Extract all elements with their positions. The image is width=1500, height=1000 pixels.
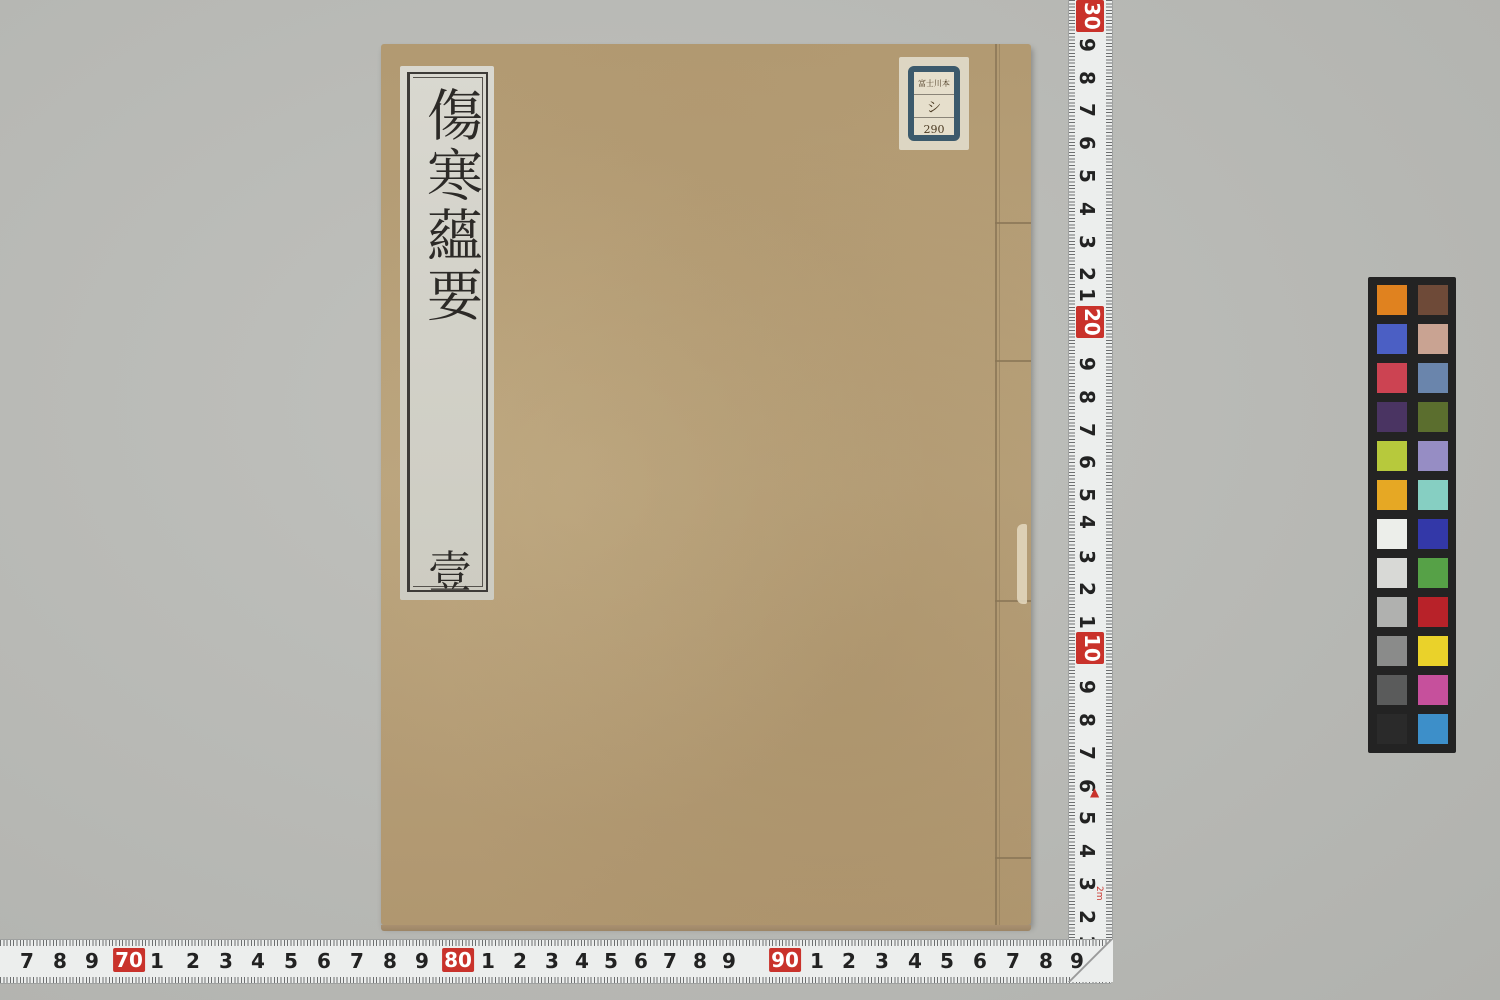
ruler-2m-marker: 2m [1094, 886, 1104, 901]
ruler-label: 9 [1075, 357, 1099, 371]
ruler-label: 7 [350, 949, 364, 973]
ruler-label: 2 [1075, 267, 1099, 281]
color-swatch [1377, 363, 1407, 393]
ruler-label: 5 [284, 949, 298, 973]
ruler-label: 9 [722, 949, 736, 973]
color-swatch [1418, 402, 1448, 432]
ruler-label: 5 [1075, 811, 1099, 825]
ruler-label: 8 [1075, 390, 1099, 404]
ruler-label: 7 [1075, 423, 1099, 437]
shelf-label: 富士川本 シ 290 [899, 57, 969, 150]
binding-spine-line [995, 44, 997, 925]
color-swatch [1418, 519, 1448, 549]
ruler-label: 7 [20, 949, 34, 973]
color-swatch [1418, 675, 1448, 705]
ruler-label: 2 [513, 949, 527, 973]
ruler-label: 7 [1075, 746, 1099, 760]
ruler-label: 3 [219, 949, 233, 973]
shelf-label-class: シ [914, 95, 954, 118]
color-swatch [1418, 636, 1448, 666]
shelf-label-collection: 富士川本 [914, 72, 954, 95]
ruler-label: 1 [1075, 288, 1099, 302]
ruler-label: 6 [1075, 136, 1099, 150]
ruler-label: 3 [1075, 235, 1099, 249]
color-swatch [1418, 441, 1448, 471]
ruler-label: 9 [1075, 680, 1099, 694]
ruler-label: 3 [1075, 550, 1099, 564]
ruler-label: 4 [908, 949, 922, 973]
title-slip: 傷寒蘊要 壹 [400, 66, 494, 600]
color-swatch [1377, 675, 1407, 705]
color-swatch [1377, 402, 1407, 432]
color-swatch [1418, 363, 1448, 393]
ruler-label: 2 [186, 949, 200, 973]
color-swatch [1377, 558, 1407, 588]
ruler-label: 7 [1075, 103, 1099, 117]
ruler-label: 4 [1075, 844, 1099, 858]
ruler-label: 6 [1075, 455, 1099, 469]
ruler-major-label: 70 [113, 948, 145, 972]
ruler-label: 2 [1075, 910, 1099, 924]
book-cover: 傷寒蘊要 壹 富士川本 シ 290 [381, 44, 1031, 925]
ruler-label: 9 [85, 949, 99, 973]
ruler-label: 8 [1075, 713, 1099, 727]
color-swatch [1418, 480, 1448, 510]
binding-stitch [995, 222, 1031, 224]
ruler-label: 2 [842, 949, 856, 973]
color-swatch [1377, 636, 1407, 666]
color-swatch [1377, 324, 1407, 354]
ruler-label: 3 [545, 949, 559, 973]
color-swatch [1377, 480, 1407, 510]
ruler-label: 1 [1075, 615, 1099, 629]
ruler-label: 5 [1075, 488, 1099, 502]
color-swatch [1377, 714, 1407, 744]
ruler-label: 5 [604, 949, 618, 973]
binding-stitch [995, 857, 1031, 859]
ruler-label: 7 [663, 949, 677, 973]
ruler-label: 6 [973, 949, 987, 973]
volume-number: 壹 [428, 536, 472, 600]
color-swatch [1377, 441, 1407, 471]
ruler-label: 6 [317, 949, 331, 973]
ruler-label: 8 [1039, 949, 1053, 973]
binding-spine-line-secondary [999, 44, 1000, 925]
ruler-major-label: 30 [1076, 0, 1104, 32]
color-swatch [1418, 597, 1448, 627]
color-swatch [1418, 714, 1448, 744]
ruler-label: 4 [1075, 515, 1099, 529]
ruler-label: 4 [251, 949, 265, 973]
ruler-label: 4 [575, 949, 589, 973]
ruler-label: 1 [481, 949, 495, 973]
color-swatch [1418, 324, 1448, 354]
ruler-label: 8 [383, 949, 397, 973]
ruler-label: 4 [1075, 202, 1099, 216]
color-swatch [1377, 285, 1407, 315]
ruler-major-label: 90 [769, 948, 801, 972]
ruler-label: 2 [1075, 582, 1099, 596]
ruler-label: 8 [53, 949, 67, 973]
ruler-label: 5 [940, 949, 954, 973]
shelf-label-frame: 富士川本 シ 290 [908, 66, 960, 141]
book-title: 傷寒蘊要 [420, 86, 480, 326]
binding-stitch [995, 360, 1031, 362]
spine-tear [1017, 524, 1027, 604]
ruler-label: 9 [415, 949, 429, 973]
ruler-label: 8 [693, 949, 707, 973]
color-calibration-chart [1368, 277, 1456, 753]
ruler-label: 5 [1075, 169, 1099, 183]
ruler-label: 1 [150, 949, 164, 973]
ruler-label: 8 [1075, 71, 1099, 85]
ruler-label: 9 [1075, 38, 1099, 52]
ruler-label: 1 [810, 949, 824, 973]
ruler-corner-joint [1068, 939, 1113, 982]
color-swatch [1377, 519, 1407, 549]
ruler-label: 6 [634, 949, 648, 973]
ruler-label: 7 [1006, 949, 1020, 973]
color-swatch [1418, 558, 1448, 588]
ruler-major-label: 80 [442, 948, 474, 972]
ruler-triangle-marker: ▲ [1090, 785, 1099, 799]
ruler-major-label: 20 [1076, 306, 1104, 338]
color-swatch [1418, 285, 1448, 315]
ruler-major-label: 10 [1076, 632, 1104, 664]
ruler-label: 3 [875, 949, 889, 973]
shelf-label-number: 290 [914, 118, 954, 140]
color-swatch [1377, 597, 1407, 627]
